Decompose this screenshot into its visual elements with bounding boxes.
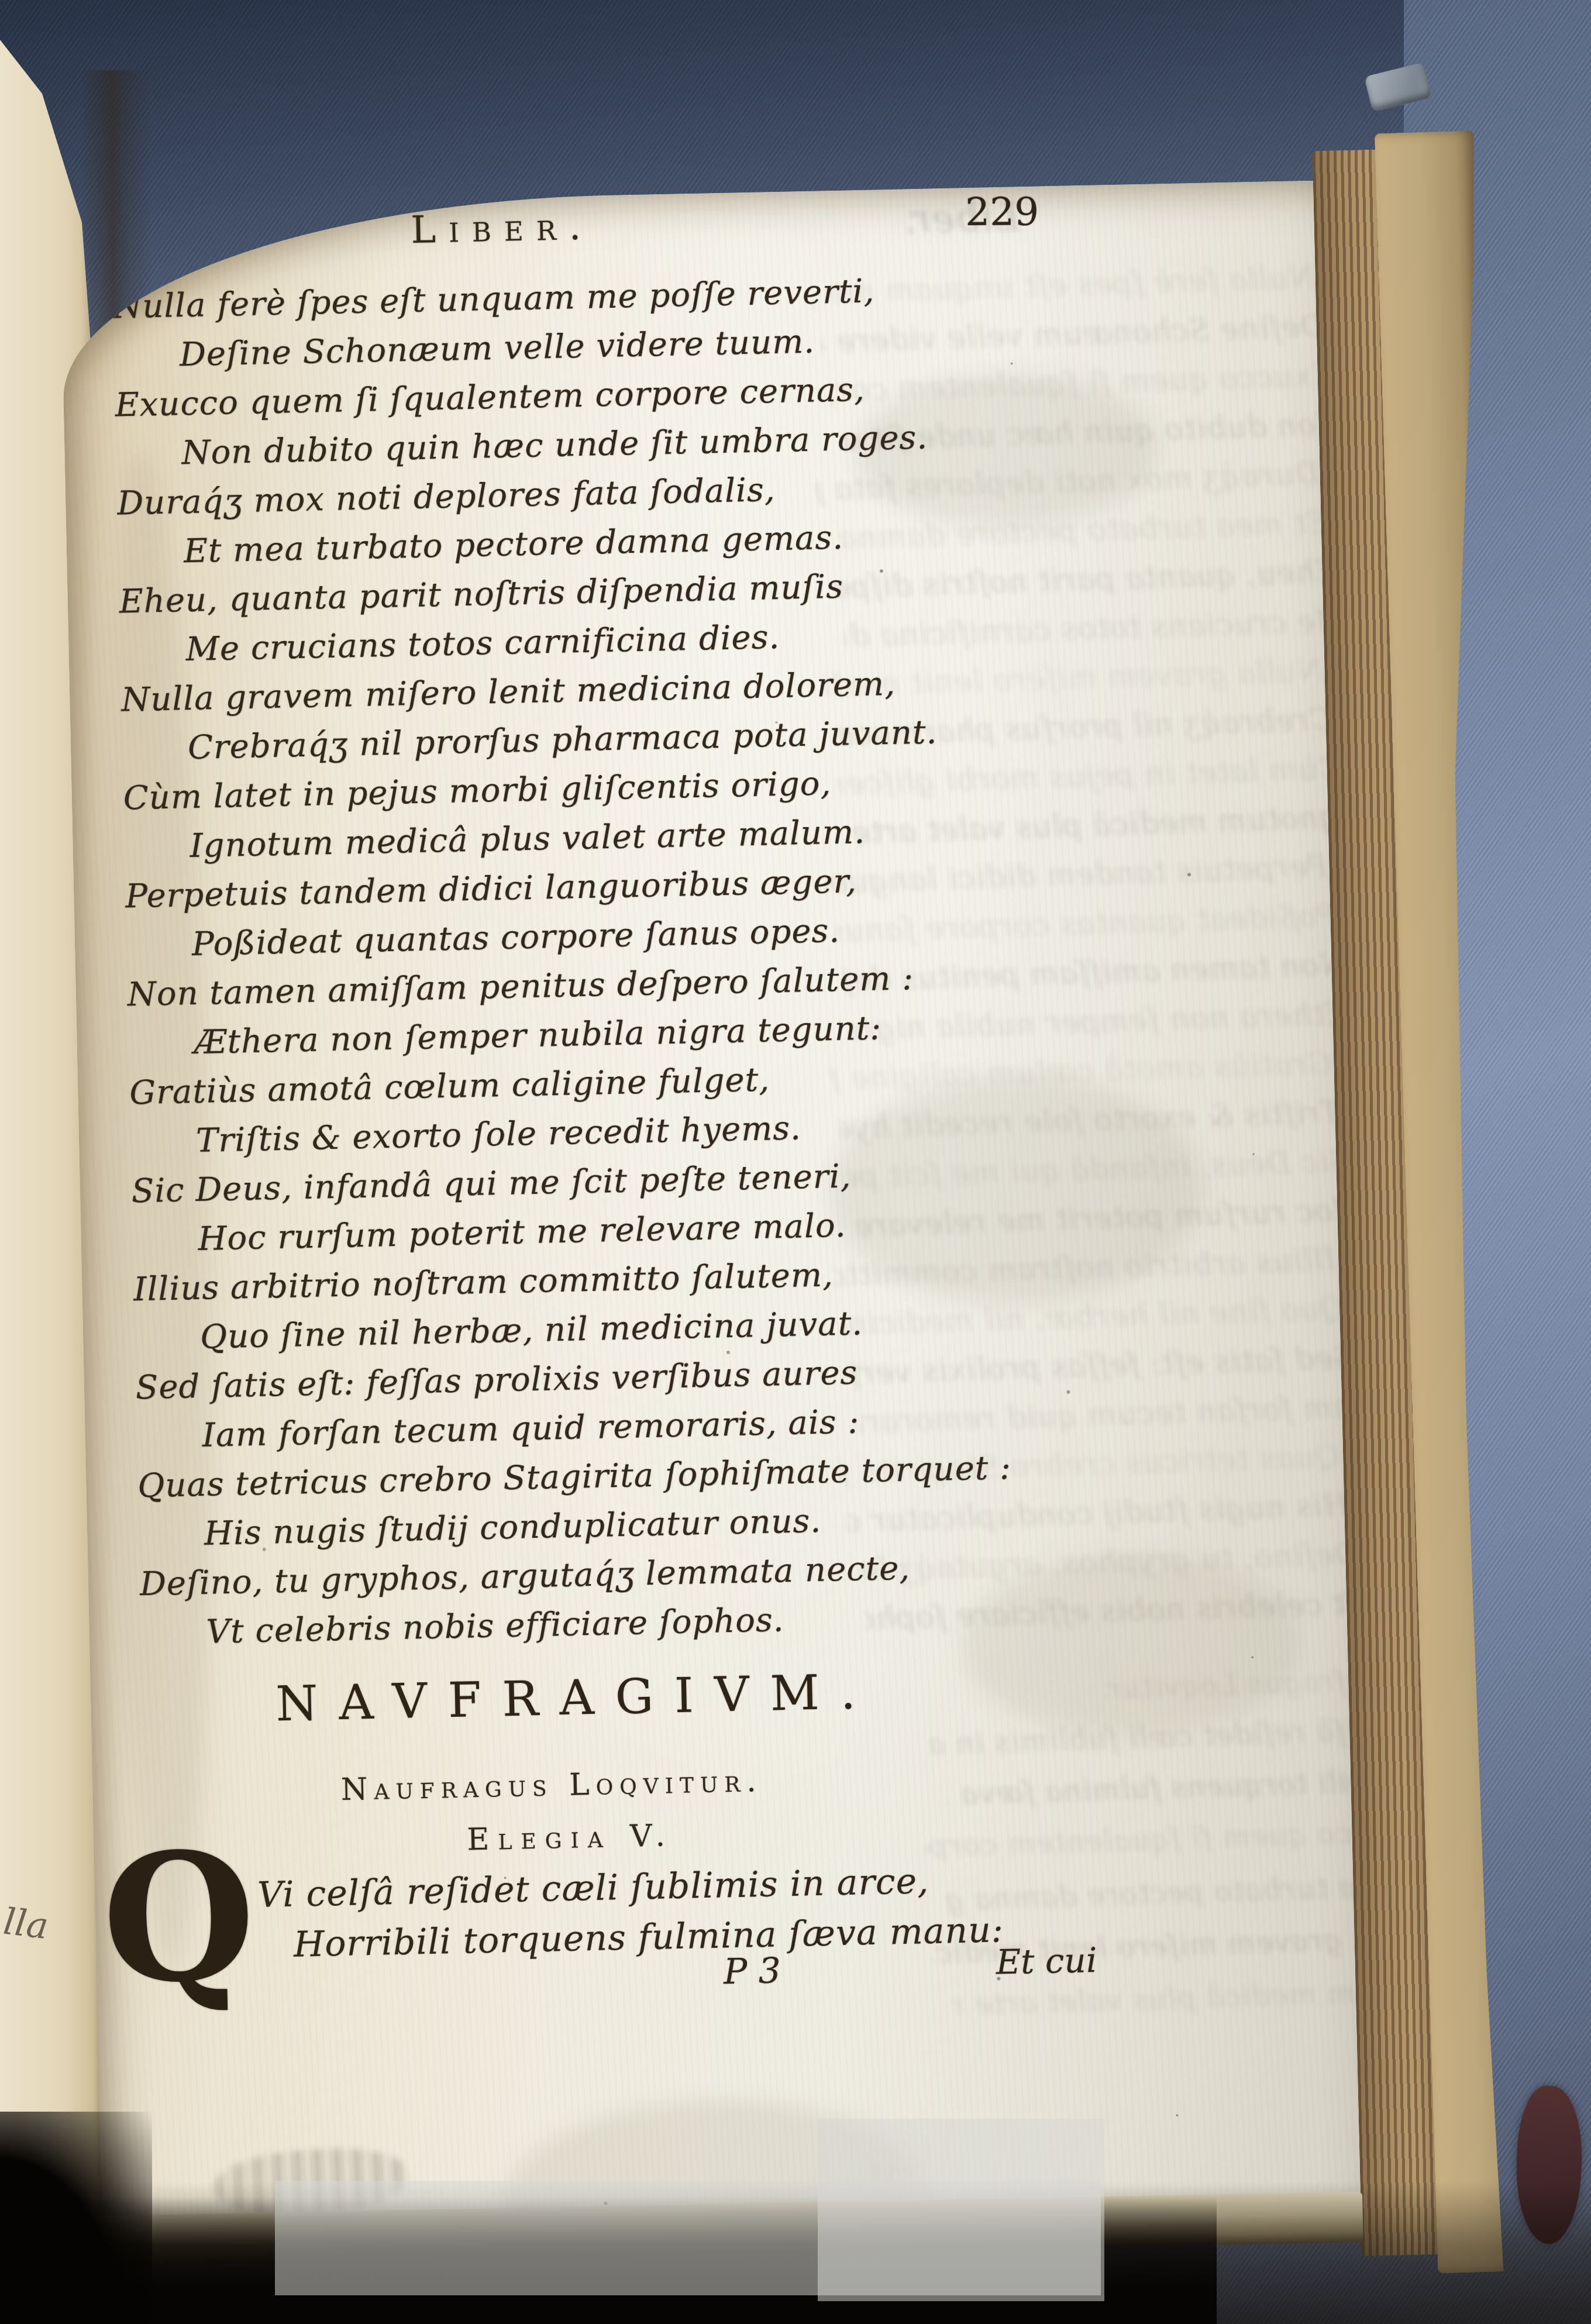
catchword: Et cui <box>996 1940 1097 1982</box>
signature-mark: P 3 <box>723 1950 781 1992</box>
paper-specks <box>60 206 62 209</box>
elegy-line: Horribili torquens fulmina ſæva manu: <box>293 1909 1004 1965</box>
book-page: Liber.Nulla ferè ſpes eſt unquam me poſſ… <box>60 180 1392 2250</box>
blur-patch <box>818 2119 1104 2301</box>
facing-page-text-fragment: lla <box>1 1900 51 1948</box>
corner-shadow <box>0 2112 152 2324</box>
poem-block: Nulla ferè ſpes eſt unquam me poſſe reve… <box>112 259 1299 1658</box>
book-photo: lla Liber.Nulla ferè ſpes eſt unquam me … <box>0 0 1591 2324</box>
elegy-line: Vi celſâ reſidet cæli ſublimis in arce, <box>257 1861 929 1916</box>
section-subheading: Naufragus Loqvitur. <box>171 1760 932 1811</box>
running-title: Liber. <box>411 205 594 252</box>
section-heading: NAVFRAGIVM. <box>195 1662 957 1734</box>
drop-cap-initial: Q <box>101 1848 257 1988</box>
bleed-through-text: Horribili torquens fulmina ſæva manu: <box>946 1762 1392 1812</box>
elegy-label: Elegia V. <box>190 1812 951 1863</box>
bleed-through-text: Et mea turbato pectore damna gemas. <box>943 1867 1392 1917</box>
page-number: 229 <box>965 190 1039 235</box>
bleed-through-text: Exucco quem ſi ſqualentem corpore cernas… <box>924 1814 1392 1864</box>
